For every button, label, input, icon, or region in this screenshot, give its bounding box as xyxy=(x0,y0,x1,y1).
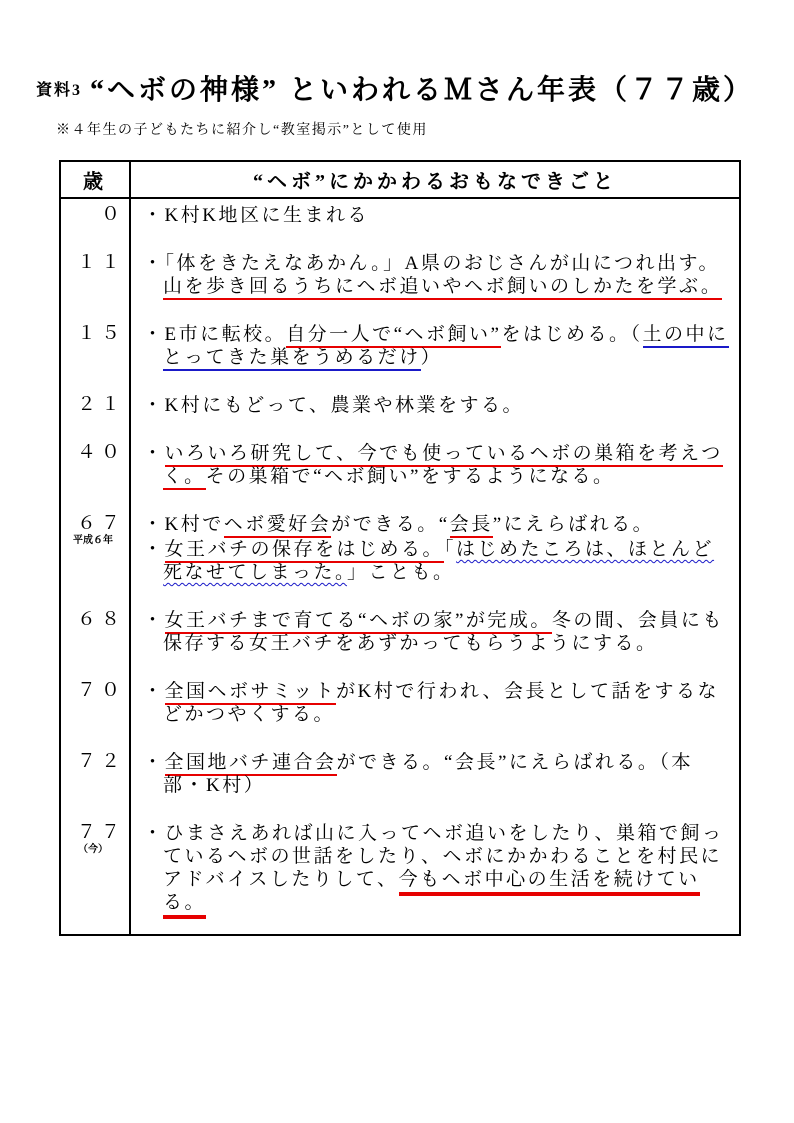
table-row: ０・K村K地区に生まれる xyxy=(60,198,740,247)
event-text: ・K村でヘボ愛好会ができる。“会長”にえらばれる。 xyxy=(143,513,733,536)
event-text: ・「体をきたえなあかん。」A県のおじさんが山につれ出す。山を歩き回るうちにヘボ追… xyxy=(143,252,733,298)
plain-text: ・ xyxy=(143,752,165,773)
age-cell: ０ xyxy=(60,198,130,247)
event-text: ・K村にもどって、農業や林業をする。 xyxy=(143,394,733,417)
events-cell: ・K村にもどって、農業や林業をする。 xyxy=(130,389,740,437)
red-underlined-text: ヘボ愛好会 xyxy=(224,514,332,538)
plain-text: をはじめる。（ xyxy=(501,324,642,345)
age-value: １５ xyxy=(77,323,125,344)
age-value: ７２ xyxy=(77,751,125,772)
table-row: １１・「体をきたえなあかん。」A県のおじさんが山につれ出す。山を歩き回るうちにヘ… xyxy=(60,247,740,318)
title-main: “ヘボの神様” といわれるＭさん年表（７７歳） xyxy=(90,75,754,106)
header-events: “ヘボ”にかかわるおもなできごと xyxy=(130,161,740,198)
table-row: ７７（今）・ひまさえあれば山に入ってヘボ追いをしたり、巣箱で飼っているヘボの世話… xyxy=(60,817,740,935)
age-value: ４０ xyxy=(77,442,125,463)
plain-text: ができる。“ xyxy=(331,514,449,535)
age-value: ６８ xyxy=(77,609,125,630)
event-text: ・ひまさえあれば山に入ってヘボ追いをしたり、巣箱で飼っているヘボの世話をしたり、… xyxy=(143,822,733,914)
events-cell: ・E市に転校。自分一人で“ヘボ飼い”をはじめる。（土の中にとってきた巣をうめるだ… xyxy=(130,318,740,389)
event-text: ・K村K地区に生まれる xyxy=(143,204,733,227)
age-note: （今） xyxy=(61,844,125,856)
plain-text: 」ことも。 xyxy=(347,562,455,583)
document-title: 資料3“ヘボの神様” といわれるＭさん年表（７７歳） xyxy=(36,68,754,108)
event-text: ・女王バチまで育てる“ヘボの家”が完成。冬の間、会員にも保存する女王バチをあずか… xyxy=(143,609,733,655)
age-cell: ７２ xyxy=(60,746,130,817)
events-cell: ・全国ヘボサミットがK村で行われ、会長として話をするなどかつやくする。 xyxy=(130,675,740,746)
age-cell: １１ xyxy=(60,247,130,318)
events-cell: ・ひまさえあれば山に入ってヘボ追いをしたり、巣箱で飼っているヘボの世話をしたり、… xyxy=(130,817,740,935)
age-cell: ６８ xyxy=(60,604,130,675)
age-value: ０ xyxy=(101,204,125,225)
plain-text: ） xyxy=(421,347,443,368)
age-value: ６７ xyxy=(77,513,125,534)
red-underlined-text: 女王バチまで育てる“ヘボの家”が完成。 xyxy=(165,610,552,634)
events-cell: ・女王バチまで育てる“ヘボの家”が完成。冬の間、会員にも保存する女王バチをあずか… xyxy=(130,604,740,675)
red-underlined-text: 全国地バチ連合会 xyxy=(165,752,337,776)
events-cell: ・「体をきたえなあかん。」A県のおじさんが山につれ出す。山を歩き回るうちにヘボ追… xyxy=(130,247,740,318)
plain-text: ・「体をきたえなあかん。」A県のおじさんが山につれ出す。 xyxy=(143,253,720,274)
plain-text: ・ xyxy=(143,539,165,560)
age-note: 平成６年 xyxy=(61,535,125,547)
event-text: ・いろいろ研究して、今でも使っているヘボの巣箱を考えつく。その巣箱で“ヘボ飼い”… xyxy=(143,442,733,488)
plain-text: ・K村K地区に生まれる xyxy=(143,205,369,226)
header-row: 歳 “ヘボ”にかかわるおもなできごと xyxy=(60,161,740,198)
title-label: 資料3 xyxy=(36,82,82,99)
red-underlined-text: 会長 xyxy=(450,514,493,538)
document-subtitle: ※４年生の子どもたちに紹介し“教室掲示”として使用 xyxy=(56,119,428,139)
plain-text: ・E市に転校。 xyxy=(143,324,286,345)
event-text: ・女王バチの保存をはじめる。「はじめたころは、ほとんど死なせてしまった。」ことも… xyxy=(143,538,733,584)
age-cell: ６７平成６年 xyxy=(60,508,130,604)
event-text: ・全国ヘボサミットがK村で行われ、会長として話をするなどかつやくする。 xyxy=(143,680,733,726)
age-cell: １５ xyxy=(60,318,130,389)
age-cell: ７７（今） xyxy=(60,817,130,935)
age-value: ７７ xyxy=(77,822,125,843)
age-value: ２１ xyxy=(77,394,125,415)
red-underlined-text: 女王バチの保存をはじめる。 xyxy=(165,539,445,563)
timeline-body: ０・K村K地区に生まれる１１・「体をきたえなあかん。」A県のおじさんが山につれ出… xyxy=(60,198,740,935)
table-row: ４０・いろいろ研究して、今でも使っているヘボの巣箱を考えつく。その巣箱で“ヘボ飼… xyxy=(60,437,740,508)
timeline-table: 歳 “ヘボ”にかかわるおもなできごと ０・K村K地区に生まれる１１・「体をきたえ… xyxy=(59,160,741,936)
table-row: ６７平成６年・K村でヘボ愛好会ができる。“会長”にえらばれる。・女王バチの保存を… xyxy=(60,508,740,604)
plain-text: ・K村にもどって、農業や林業をする。 xyxy=(143,395,524,416)
document-page: 資料3“ヘボの神様” といわれるＭさん年表（７７歳） ※４年生の子どもたちに紹介… xyxy=(0,0,794,1123)
plain-text: 「 xyxy=(444,539,456,560)
plain-text: ・ xyxy=(143,681,165,702)
event-text: ・E市に転校。自分一人で“ヘボ飼い”をはじめる。（土の中にとってきた巣をうめるだ… xyxy=(143,323,733,369)
age-value: ７０ xyxy=(77,680,125,701)
events-cell: ・いろいろ研究して、今でも使っているヘボの巣箱を考えつく。その巣箱で“ヘボ飼い”… xyxy=(130,437,740,508)
age-cell: ７０ xyxy=(60,675,130,746)
event-text: ・全国地バチ連合会ができる。“会長”にえらばれる。（本部・K村） xyxy=(143,751,733,797)
table-row: １５・E市に転校。自分一人で“ヘボ飼い”をはじめる。（土の中にとってきた巣をうめ… xyxy=(60,318,740,389)
age-cell: ４０ xyxy=(60,437,130,508)
header-age: 歳 xyxy=(60,161,130,198)
table-row: ７２・全国地バチ連合会ができる。“会長”にえらばれる。（本部・K村） xyxy=(60,746,740,817)
table-row: ２１・K村にもどって、農業や林業をする。 xyxy=(60,389,740,437)
plain-text: ・K村で xyxy=(143,514,224,535)
age-cell: ２１ xyxy=(60,389,130,437)
events-cell: ・K村でヘボ愛好会ができる。“会長”にえらばれる。・女王バチの保存をはじめる。「… xyxy=(130,508,740,604)
red-underlined-text: 山を歩き回るうちにヘボ追いやヘボ飼いのしかたを学ぶ。 xyxy=(163,276,722,300)
table-row: ７０・全国ヘボサミットがK村で行われ、会長として話をするなどかつやくする。 xyxy=(60,675,740,746)
red-underlined-text: 自分一人で“ヘボ飼い” xyxy=(286,324,501,348)
plain-text: ・ xyxy=(143,443,165,464)
plain-text: ”にえらばれる。 xyxy=(493,514,654,535)
age-value: １１ xyxy=(77,252,125,273)
events-cell: ・K村K地区に生まれる xyxy=(130,198,740,247)
red-underlined-text: 全国ヘボサミット xyxy=(165,681,337,705)
events-cell: ・全国地バチ連合会ができる。“会長”にえらばれる。（本部・K村） xyxy=(130,746,740,817)
plain-text: その巣箱で“ヘボ飼い”をするようになる。 xyxy=(206,466,615,487)
table-row: ６８・女王バチまで育てる“ヘボの家”が完成。冬の間、会員にも保存する女王バチをあ… xyxy=(60,604,740,675)
plain-text: ・ xyxy=(143,610,165,631)
